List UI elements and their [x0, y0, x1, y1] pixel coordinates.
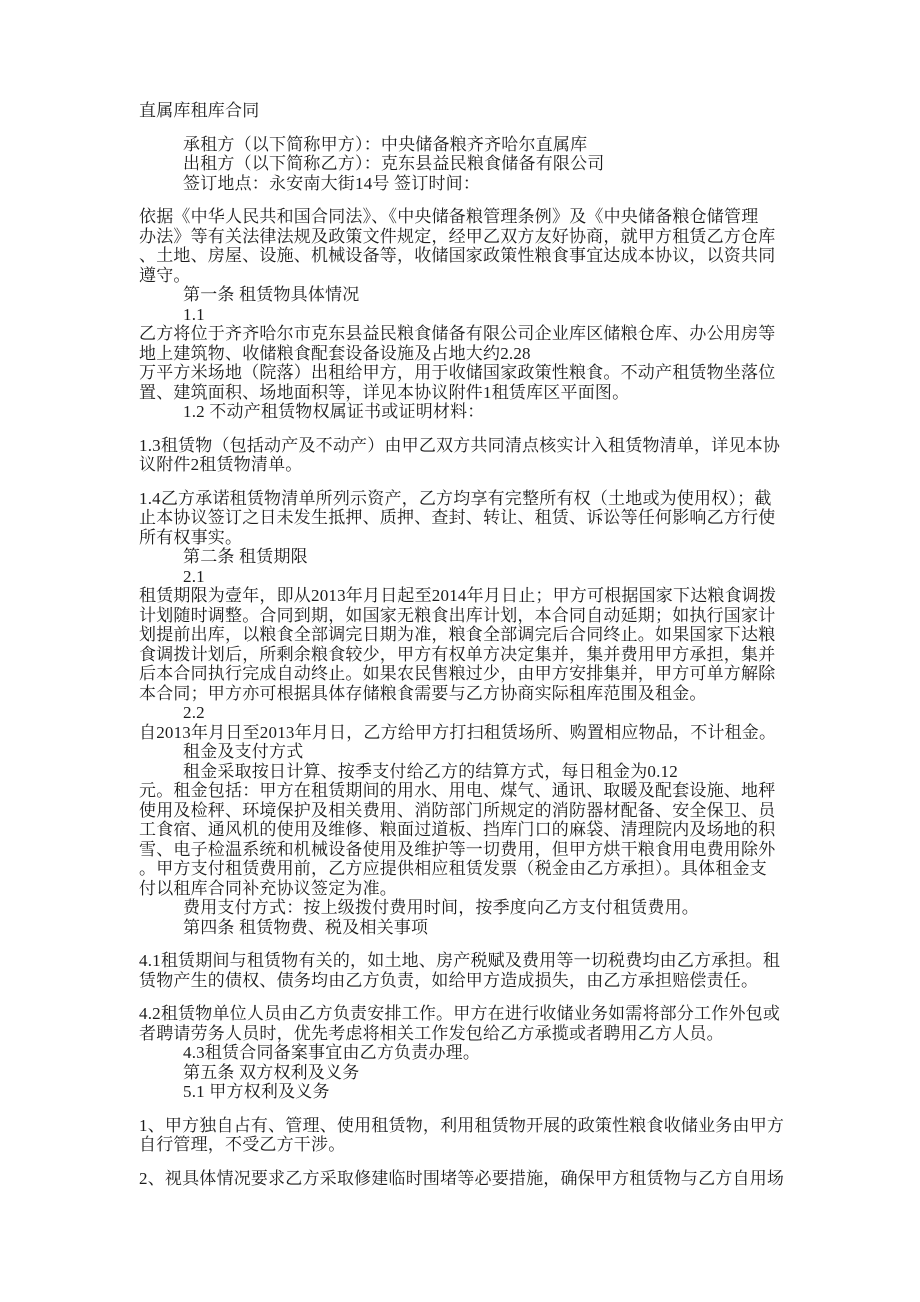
text-line: 议附件2租赁物清单。 [139, 455, 799, 475]
text-line: 者聘请劳务人员时，优先考虑将相关工作发包给乙方承揽或者聘用乙方人员。 [139, 1024, 799, 1044]
document-title: 直属库租库合同 [139, 101, 799, 121]
item-2-line: 2、视具体情况要求乙方采取修建临时围堵等必要措施，确保甲方租赁物与乙方自用场 [139, 1169, 799, 1189]
clause-2-2-heading: 2.2 [139, 703, 799, 723]
document-page: 直属库租库合同 承租方（以下简称甲方）：中央储备粮齐齐哈尔直属库 出租方（以下简… [0, 0, 920, 1302]
text-line: 止本协议签订之日未发生抵押、质押、查封、转让、租赁、诉讼等任何影响乙方行使 [139, 508, 799, 528]
article-5-heading: 第五条 双方权利及义务 [139, 1063, 799, 1083]
article-2-heading: 第二条 租赁期限 [139, 547, 799, 567]
text-line: 、土地、房屋、设施、机械设备等，收储国家政策性粮食事宜达成本协议，以资共同 [139, 246, 799, 266]
text-line: 计划随时调整。合同到期，如国家无粮食出库计划，本合同自动延期；如执行国家计 [139, 606, 799, 626]
article-4-heading: 第四条 租赁物费、税及相关事项 [139, 918, 799, 938]
text-line: 赁物产生的债权、债务均由乙方负责，如给甲方造成损失，由乙方承担赔偿责任。 [139, 971, 799, 991]
signing-info-line: 签订地点：永安南大街14号 签订时间： [139, 174, 799, 194]
clause-4-3-line: 4.3租赁合同备案事宜由乙方负责办理。 [139, 1043, 799, 1063]
text-line: 雪、电子检温系统和机械设备使用及维护等一切费用，但甲方烘干粮食用电费用除外 [139, 840, 799, 860]
document-body: 直属库租库合同 承租方（以下简称甲方）：中央储备粮齐齐哈尔直属库 出租方（以下简… [139, 101, 799, 1188]
clause-1-3-line: 1.3租赁物（包括动产及不动产）由甲乙双方共同清点核实计入租赁物清单，详见本协 [139, 436, 799, 456]
payment-method-line: 费用支付方式：按上级拨付费用时间，按季度向乙方支付租赁费用。 [139, 898, 799, 918]
text-line: 划提前出库，以粮食全部调完日期为准，粮食全部调完后合同终止。如果国家下达粮 [139, 625, 799, 645]
text-line: 置、建筑面积、场地面积等，详见本协议附件1租赁库区平面图。 [139, 383, 799, 403]
text-line: 元。租金包括：甲方在租赁期间的用水、用电、煤气、通讯、取暖及配套设施、地秤 [139, 781, 799, 801]
text-line: 办法》等有关法律法规及政策文件规定，经甲乙双方友好协商，就甲方租赁乙方仓库 [139, 227, 799, 247]
text-line: 付以租库合同补充协议签定为准。 [139, 879, 799, 899]
text-line: 本合同；甲方亦可根据具体存储粮食需要与乙方协商实际租库范围及租金。 [139, 684, 799, 704]
text-line: 自2013年月日至2013年月日，乙方给甲方打扫租赁场所、购置相应物品，不计租金… [139, 723, 799, 743]
clause-1-2-line: 1.2 不动产租赁物权属证书或证明材料： [139, 402, 799, 422]
item-1-line: 1、甲方独自占有、管理、使用租赁物，利用租赁物开展的政策性粮食收储业务由甲方 [139, 1116, 799, 1136]
text-line: 租金采取按日计算、按季支付给乙方的结算方式，每日租金为0.12 [139, 762, 799, 782]
clause-1-4-line: 1.4乙方承诺租赁物清单所列示资产，乙方均享有完整所有权（土地或为使用权）；截 [139, 489, 799, 509]
clause-4-2-line: 4.2租赁物单位人员由乙方负责安排工作。甲方在进行收储业务如需将部分工作外包或 [139, 1004, 799, 1024]
text-line: 。甲方支付租赁费用前，乙方应提供相应租赁发票（税金由乙方承担）。具体租金支 [139, 859, 799, 879]
text-line: 乙方将位于齐齐哈尔市克东县益民粮食储备有限公司企业库区储粮仓库、办公用房等 [139, 324, 799, 344]
text-line: 后本合同执行完成自动终止。如果农民售粮过少，由甲方安排集并，甲方可单方解除 [139, 664, 799, 684]
text-line: 依据《中华人民共和国合同法》、《中央储备粮管理条例》及《中央储备粮仓储管理 [139, 207, 799, 227]
text-line: 使用及检秤、环境保护及相关费用、消防部门所规定的消防器材配备、安全保卫、员 [139, 801, 799, 821]
text-line: 食调拨计划后，所剩余粮食较少，甲方有权单方决定集并，集并费用甲方承担，集并 [139, 645, 799, 665]
lessor-line: 出租方（以下简称乙方）：克东县益民粮食储备有限公司 [139, 154, 799, 174]
text-line: 所有权事实。 [139, 528, 799, 548]
text-line: 工食宿、通风机的使用及维修、粮面过道板、挡库门口的麻袋、清理院内及场地的积 [139, 820, 799, 840]
clause-2-1-heading: 2.1 [139, 567, 799, 587]
article-1-heading: 第一条 租赁物具体情况 [139, 285, 799, 305]
text-line: 万平方米场地（院落）出租给甲方，用于收储国家政策性粮食。不动产租赁物坐落位 [139, 363, 799, 383]
clause-4-1-line: 4.1租赁期间与租赁物有关的，如土地、房产税赋及费用等一切税费均由乙方承担。租 [139, 951, 799, 971]
rent-payment-heading: 租金及支付方式 [139, 742, 799, 762]
clause-1-1-heading: 1.1 [139, 305, 799, 325]
text-line: 遵守。 [139, 266, 799, 286]
text-line: 自行管理，不受乙方干涉。 [139, 1135, 799, 1155]
text-line: 地上建筑物、收储粮食配套设备设施及占地大约2.28 [139, 344, 799, 364]
clause-5-1-heading: 5.1 甲方权利及义务 [139, 1082, 799, 1102]
lessee-line: 承租方（以下简称甲方）：中央储备粮齐齐哈尔直属库 [139, 135, 799, 155]
text-line: 租赁期限为壹年，即从2013年月日起至2014年月日止；甲方可根据国家下达粮食调… [139, 586, 799, 606]
